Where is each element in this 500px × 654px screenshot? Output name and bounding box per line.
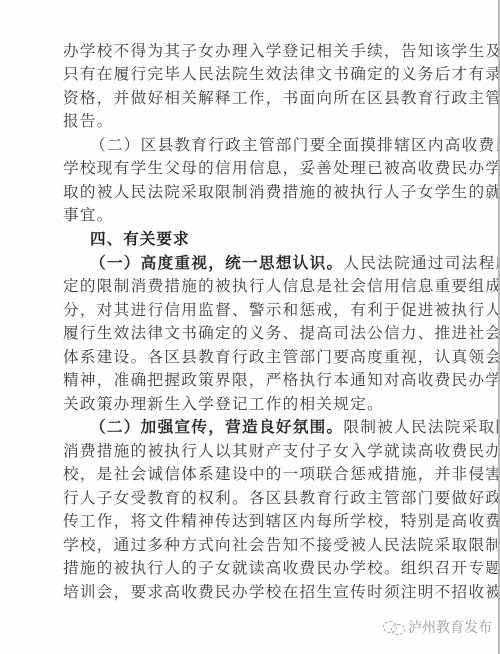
requirement-2-text: 限制被人民法院采取限制	[343, 418, 500, 436]
text-line: 消费措施的被执行人以其财产支付子女入学就读高收费民办学	[63, 440, 437, 462]
text-line: 关政策办理新生入学登记工作的相关规定。	[63, 393, 437, 415]
text-line: 学校，通过多种方式向社会告知不接受被人民法院采取限制消费	[63, 534, 437, 556]
text-line: 体系建设。各区县教育行政主管部门要高度重视，认真领会文件	[63, 346, 437, 368]
section-heading: 四、有关要求	[90, 228, 190, 250]
watermark-text: 泸州教育发布	[408, 617, 492, 637]
requirement-2-title: （二）加强宣传，营造良好氛围。	[90, 417, 343, 436]
document-page: 办学校不得为其子女办理入学登记相关手续，告知该学生及家长 只有在履行完毕人民法院…	[0, 0, 500, 654]
text-line: 只有在履行完毕人民法院生效法律文书确定的义务后才有录取	[63, 63, 437, 85]
requirement-1-title: （一）高度重视，统一思想认识。	[90, 253, 343, 272]
text-line: 行人子女受教育的权利。各区县教育行政主管部门要做好政策宣	[63, 487, 437, 509]
text-line: 履行生效法律文书确定的义务、提高司法公信力、推进社会信用	[63, 322, 437, 344]
text-line: 事宜。	[63, 204, 437, 226]
text-line: 定的限制消费措施的被执行人信息是社会信用信息重要组成部	[63, 275, 437, 297]
source-watermark: 泸州教育发布	[383, 617, 492, 637]
text-line: 精神，准确把握政策界限，严格执行本通知对高收费民办学校相	[63, 369, 437, 391]
text-line: 校，是社会诚信体系建设中的一项联合惩戒措施，并非侵害被执	[63, 463, 437, 485]
text-line: 学校现有学生父母的信用信息，妥善处理已被高收费民办学校录	[63, 157, 437, 179]
text-line: 办学校不得为其子女办理入学登记相关手续，告知该学生及家长	[63, 40, 437, 62]
text-line: 报告。	[63, 110, 437, 132]
requirement-1-text: 人民法院通过司法程序认	[343, 254, 500, 272]
text-line: 资格，并做好相关解释工作，书面向所在区县教育行政主管部门	[63, 87, 437, 109]
wechat-icon	[383, 620, 405, 634]
text-line: 传工作，将文件精神传达到辖区内每所学校，特别是高收费民办	[63, 510, 437, 532]
text-line: 分，对其进行信用监督、警示和惩戒，有利于促进被执行人自觉	[63, 299, 437, 321]
text-line: 措施的被执行人的子女就读高收费民办学校。组织召开专题学习	[63, 557, 437, 579]
paragraph-2-start: （二）区县教育行政主管部门要全面摸排辖区内高收费民办	[90, 134, 437, 156]
requirement-1-start: （一）高度重视，统一思想认识。人民法院通过司法程序认	[90, 252, 437, 274]
requirement-2-start: （二）加强宣传，营造良好氛围。限制被人民法院采取限制	[90, 416, 437, 438]
text-line: 取的被人民法院采取限制消费措施的被执行人子女学生的就学	[63, 181, 437, 203]
text-line: 培训会，要求高收费民办学校在招生宣传时须注明不招收被人民	[63, 581, 437, 603]
